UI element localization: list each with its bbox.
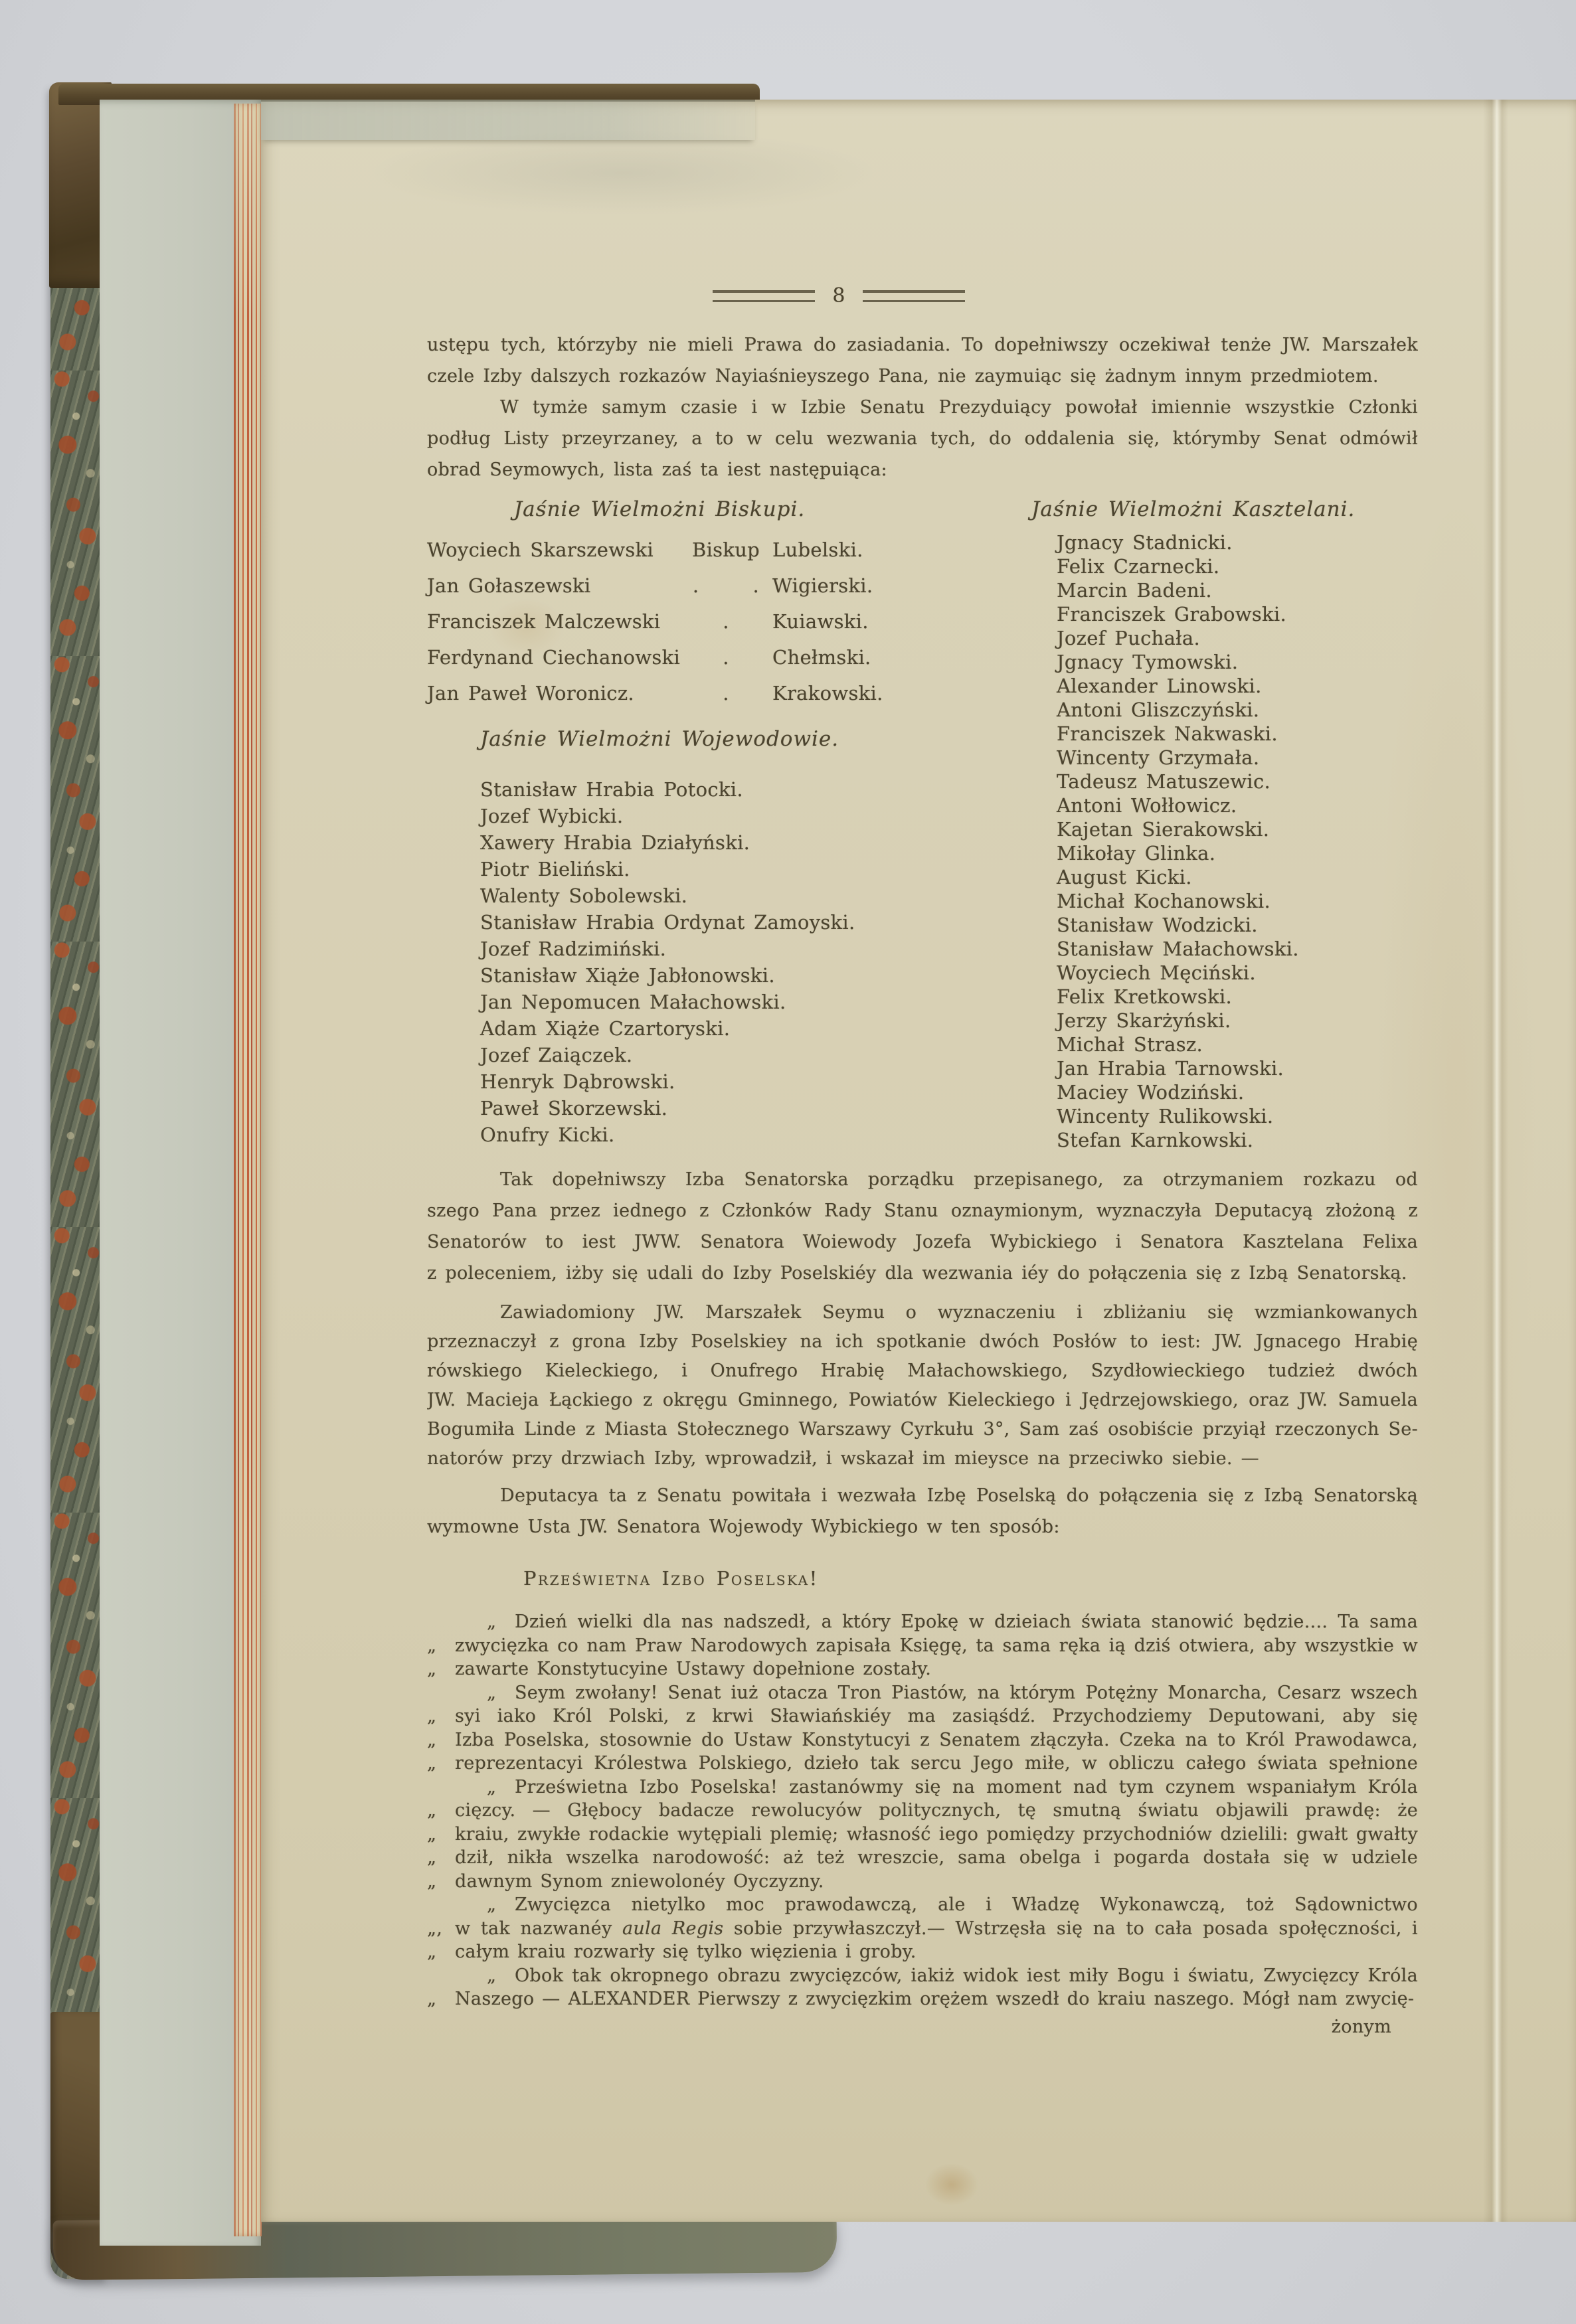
bishop-row: Jan Gołaszewski . . Wigierski. [427,568,892,604]
speech-text: cięzcy. — Głębocy badacze rewolucyów pol… [427,1800,1418,1823]
list-item: Alexander Linowski. [1057,674,1418,698]
quote-mark: „ [427,1987,455,2011]
quote-mark: „ [427,1846,455,1870]
list-item: Onufry Kicki. [480,1121,892,1148]
list-item: Felix Czarnecki. [1057,554,1418,578]
wojewodowie-heading: Jaśnie Wielmożni Wojewodowie. [427,726,892,752]
quote-mark: „ [487,1681,515,1705]
list-item: Mikołay Glinka. [1057,841,1418,865]
list-item: Jerzy Skarżyński. [1057,1009,1418,1033]
quote-mark: „ [427,1704,455,1728]
list-item: Piotr Bieliński. [480,856,892,882]
quote-mark: „ [427,1940,455,1964]
speech-text: dawnym Synom zniewolonéy Oyczyzny. [455,1871,824,1892]
speech-text: kraiu, zwykłe rodackie wytępiali plemię;… [427,1824,1418,1847]
paragraph-invitation: Deputacya ta z Senatu powitała i wezwała… [427,1480,1418,1542]
speech-line: „całym kraiu rozwarły się tylko więzieni… [427,1940,1418,1964]
bishop-see: Wigierski. [772,568,892,604]
speech-text: Naszego — ALEXANDER Pierwszy z zwycięzki… [455,1989,1414,2009]
bishop-rank: . [679,639,772,675]
bishop-rank: . . [679,568,772,604]
text-line: z poleceniem, iżby się udali do Izby Pos… [427,1258,1418,1289]
text-line: rówskiego Kieleckiego, i Onufrego Hrabię… [427,1357,1418,1386]
bishop-name: Ferdynand Ciechanowski [427,639,679,675]
page-content: 8 ustępu tych, którzyby nie mieli Prawa … [427,100,1418,2039]
left-column: Jaśnie Wielmożni Biskupi. Woyciech Skars… [427,496,892,1152]
list-item: Franciszek Nakwaski. [1057,722,1418,746]
paragraph-deputation: Tak dopełniwszy Izba Senatorska porządku… [427,1164,1418,1289]
text-line: wymowne Usta JW. Senatora Wojewody Wybic… [427,1511,1418,1542]
list-item: Jan Nepomucen Małachowski. [480,989,892,1015]
bishop-rank: Biskup [679,532,772,568]
speech-block: „Dzień wielki dla nas nadszedł, a który … [427,1610,1418,2011]
list-item: Stanisław Xiąże Jabłonowski. [480,962,892,989]
speech-line: „dził, nikła wszelka narodowość: aż też … [427,1846,1418,1870]
bishop-rank: . [679,675,772,711]
list-item: Stanisław Wodzicki. [1057,913,1418,937]
bishop-row: Jan Paweł Woronicz. . Krakowski. [427,675,892,711]
text-line: ustępu tych, którzyby nie mieli Prawa do… [427,329,1418,361]
list-item: Jozef Wybicki. [480,803,892,829]
text-line: szego Pana przez iednego z Członków Rady… [427,1195,1418,1226]
photo-of-open-book: 8 ustępu tych, którzyby nie mieli Prawa … [0,0,1576,2324]
speech-line: „syi iako Król Polski, z krwi Sławiański… [427,1704,1418,1728]
list-item: Henryk Dąbrowski. [480,1068,892,1095]
text-line: Senatorów to iest JWW. Senatora Woiewody… [427,1226,1418,1258]
list-item: Antoni Gliszczyński. [1057,698,1418,722]
speech-salutation: Prześwietna Izbo Poselska! [523,1565,1418,1592]
bishop-name: Jan Paweł Woronicz. [427,675,679,711]
text-line: natorów przy drzwiach Izby, wprowadził, … [427,1444,1418,1473]
bishop-name: Jan Gołaszewski [427,568,679,604]
list-item: Xawery Hrabia Działyński. [480,829,892,856]
quote-mark: „ [427,1823,455,1847]
bishop-see: Lubelski. [772,532,892,568]
paragraph-marshal: Zawiadomiony JW. Marszałek Seymu o wyzna… [427,1298,1418,1473]
kasztelani-heading: Jaśnie Wielmożni Kasztelani. [1031,496,1418,523]
header-rule-left [713,290,815,302]
speech-line: „Izba Poselska, stosownie do Ustaw Konst… [427,1728,1418,1752]
speech-line: „Seym zwołany! Senat iuż otacza Tron Pia… [487,1681,1418,1705]
list-item: Michał Kochanowski. [1057,889,1418,913]
bishop-see: Chełmski. [772,639,892,675]
text-line: JW. Macieja Łąckiego z okręgu Gminnego, … [427,1386,1418,1415]
list-item: Jgnacy Tymowski. [1057,650,1418,674]
speech-line: „,w tak nazwanéy aula Regis sobie przywł… [427,1917,1418,1941]
text-line: Bogumiła Linde z Miasta Stołecznego Wars… [427,1415,1418,1444]
speech-text: reprezentacyi Królestwa Polskiego, dzieł… [427,1753,1418,1776]
text-line: W tymże samym czasie i w Izbie Senatu Pr… [427,392,1418,423]
bishop-name: Franciszek Malczewski [427,604,679,639]
bishop-row: Franciszek Malczewski . Kuiawski. [427,604,892,639]
list-item: Maciey Wodziński. [1057,1080,1418,1104]
list-item: Jgnacy Stadnicki. [1057,531,1418,554]
list-item: Antoni Wołłowicz. [1057,793,1418,817]
red-speckled-fore-edge [234,104,262,2236]
speech-line: „Zwycięzca nietylko moc prawodawczą, ale… [487,1893,1418,1917]
speech-line: „dawnym Synom zniewolonéy Oyczyzny. [427,1870,1418,1894]
list-item: Wincenty Rulikowski. [1057,1104,1418,1128]
speech-text: dził, nikła wszelka narodowość: aż też w… [427,1847,1418,1870]
list-item: Felix Kretkowski. [1057,985,1418,1009]
text-line: podług Listy przeyrzaney, a to w celu we… [427,423,1418,454]
paper-stain [919,2158,985,2211]
speech-text: Prześwietna Izbo Poselska! zastanówmy si… [487,1777,1418,1799]
speech-text: całym kraiu rozwarły się tylko więzienia… [455,1942,917,1962]
text-line: obrad Seymowych, lista zaś ta iest nastę… [427,454,1418,485]
speech-line: „Dzień wielki dla nas nadszedł, a który … [487,1610,1418,1634]
speech-text: zwycięzka co nam Praw Narodowych zapisał… [427,1635,1418,1658]
speech-text: Izba Poselska, stosownie do Ustaw Konsty… [427,1730,1418,1752]
text-line: Zawiadomiony JW. Marszałek Seymu o wyzna… [427,1298,1418,1327]
list-item: Stanisław Hrabia Potocki. [480,776,892,803]
list-item: Jozef Zaiączek. [480,1042,892,1068]
list-item: August Kicki. [1057,865,1418,889]
speech-line: „cięzcy. — Głębocy badacze rewolucyów po… [427,1799,1418,1823]
list-item: Stanisław Małachowski. [1057,937,1418,961]
paragraph-continuation: ustępu tych, którzyby nie mieli Prawa do… [427,329,1418,392]
page-number: 8 [832,284,845,308]
bishop-rank: . [679,604,772,639]
list-item: Wincenty Grzymała. [1057,746,1418,770]
list-item: Woyciech Męciński. [1057,961,1418,985]
list-item: Franciszek Grabowski. [1057,602,1418,626]
list-item: Paweł Skorzewski. [480,1095,892,1121]
speech-text: Dzień wielki dla nas nadszedł, a który E… [487,1612,1418,1634]
speech-line: „Prześwietna Izbo Poselska! zastanówmy s… [487,1776,1418,1799]
text-line: czele Izby dalszych rozkazów Nayiaśnieys… [427,361,1418,392]
list-item: Tadeusz Matuszewic. [1057,770,1418,793]
page-header: 8 [713,284,965,308]
bishops-heading: Jaśnie Wielmożni Biskupi. [427,496,892,523]
list-item: Stefan Karnkowski. [1057,1128,1418,1152]
catchword: żonym [427,2015,1418,2039]
bishop-see: Krakowski. [772,675,892,711]
speech-text: Obok tak okropnego obrazu zwycięzców, ia… [515,1965,1418,1986]
header-rule-right [863,290,965,302]
list-item: Marcin Badeni. [1057,578,1418,602]
list-item: Jozef Puchała. [1057,626,1418,650]
bishop-name: Woyciech Skarszewski [427,532,679,568]
speech-line: „Naszego — ALEXANDER Pierwszy z zwycięzk… [427,1987,1418,2011]
list-item: Jan Hrabia Tarnowski. [1057,1056,1418,1080]
senator-lists: Jaśnie Wielmożni Biskupi. Woyciech Skars… [427,496,1418,1152]
list-item: Jozef Radzimiński. [480,936,892,962]
quote-mark: „ [487,1610,515,1634]
quote-mark: „ [487,1893,515,1917]
quote-mark: „ [487,1964,515,1988]
quote-mark: „ [427,1752,455,1776]
paragraph-senate-roll-call: W tymże samym czasie i w Izbie Senatu Pr… [427,392,1418,485]
speech-text: w tak nazwanéy [455,1918,622,1939]
speech-line: „zwycięzka co nam Praw Narodowych zapisa… [427,1634,1418,1658]
speech-text: Seym zwołany! Senat iuż otacza Tron Pias… [487,1683,1418,1705]
speech-line: „kraiu, zwykłe rodackie wytępiali plemię… [427,1823,1418,1847]
speech-text: zawarte Konstytucyine Ustawy dopełnione … [455,1659,931,1679]
wojewodowie-list: Stanisław Hrabia Potocki.Jozef Wybicki.X… [480,776,892,1148]
text-line: przeznaczył z grona Izby Poselskiey na i… [427,1327,1418,1357]
quote-mark: „ [427,1870,455,1894]
kasztelani-list: Jgnacy Stadnicki.Felix Czarnecki.Marcin … [1057,531,1418,1152]
text-line: Tak dopełniwszy Izba Senatorska porządku… [427,1164,1418,1195]
bishop-row: Ferdynand Ciechanowski . Chełmski. [427,639,892,675]
bishops-table: Woyciech Skarszewski Biskup Lubelski. Ja… [427,532,892,711]
quote-mark: „ [427,1799,455,1823]
list-item: Adam Xiąże Czartoryski. [480,1015,892,1042]
speech-text: Zwycięzca nietylko moc prawodawczą, ale … [487,1894,1418,1917]
bishop-row: Woyciech Skarszewski Biskup Lubelski. [427,532,892,568]
text-line: Deputacya ta z Senatu powitała i wezwała… [427,1480,1418,1511]
list-item: Walenty Sobolewski. [480,882,892,909]
quote-mark: „ [427,1728,455,1752]
scanned-page: 8 ustępu tych, którzyby nie mieli Prawa … [261,100,1576,2222]
speech-text-italic: aula Regis [622,1918,723,1939]
quote-mark: „ [427,1634,455,1658]
speech-line: „zawarte Konstytucyine Ustawy dopełnione… [427,1657,1418,1681]
list-item: Michał Strasz. [1057,1033,1418,1056]
speech-line: „reprezentacyi Królestwa Polskiego, dzie… [427,1752,1418,1776]
list-item: Stanisław Hrabia Ordynat Zamoyski. [480,909,892,936]
page-fold-crease [1483,100,1508,2222]
quote-mark: „ [427,1657,455,1681]
speech-line: „Obok tak okropnego obrazu zwycięzców, i… [487,1964,1418,1988]
right-column: Jaśnie Wielmożni Kasztelani. Jgnacy Stad… [892,496,1418,1152]
quote-mark: „, [427,1917,455,1941]
list-item: Kajetan Sierakowski. [1057,817,1418,841]
bishop-see: Kuiawski. [772,604,892,639]
quote-mark: „ [487,1776,515,1799]
speech-text: syi iako Król Polski, z krwi Sławiańskié… [427,1706,1418,1728]
